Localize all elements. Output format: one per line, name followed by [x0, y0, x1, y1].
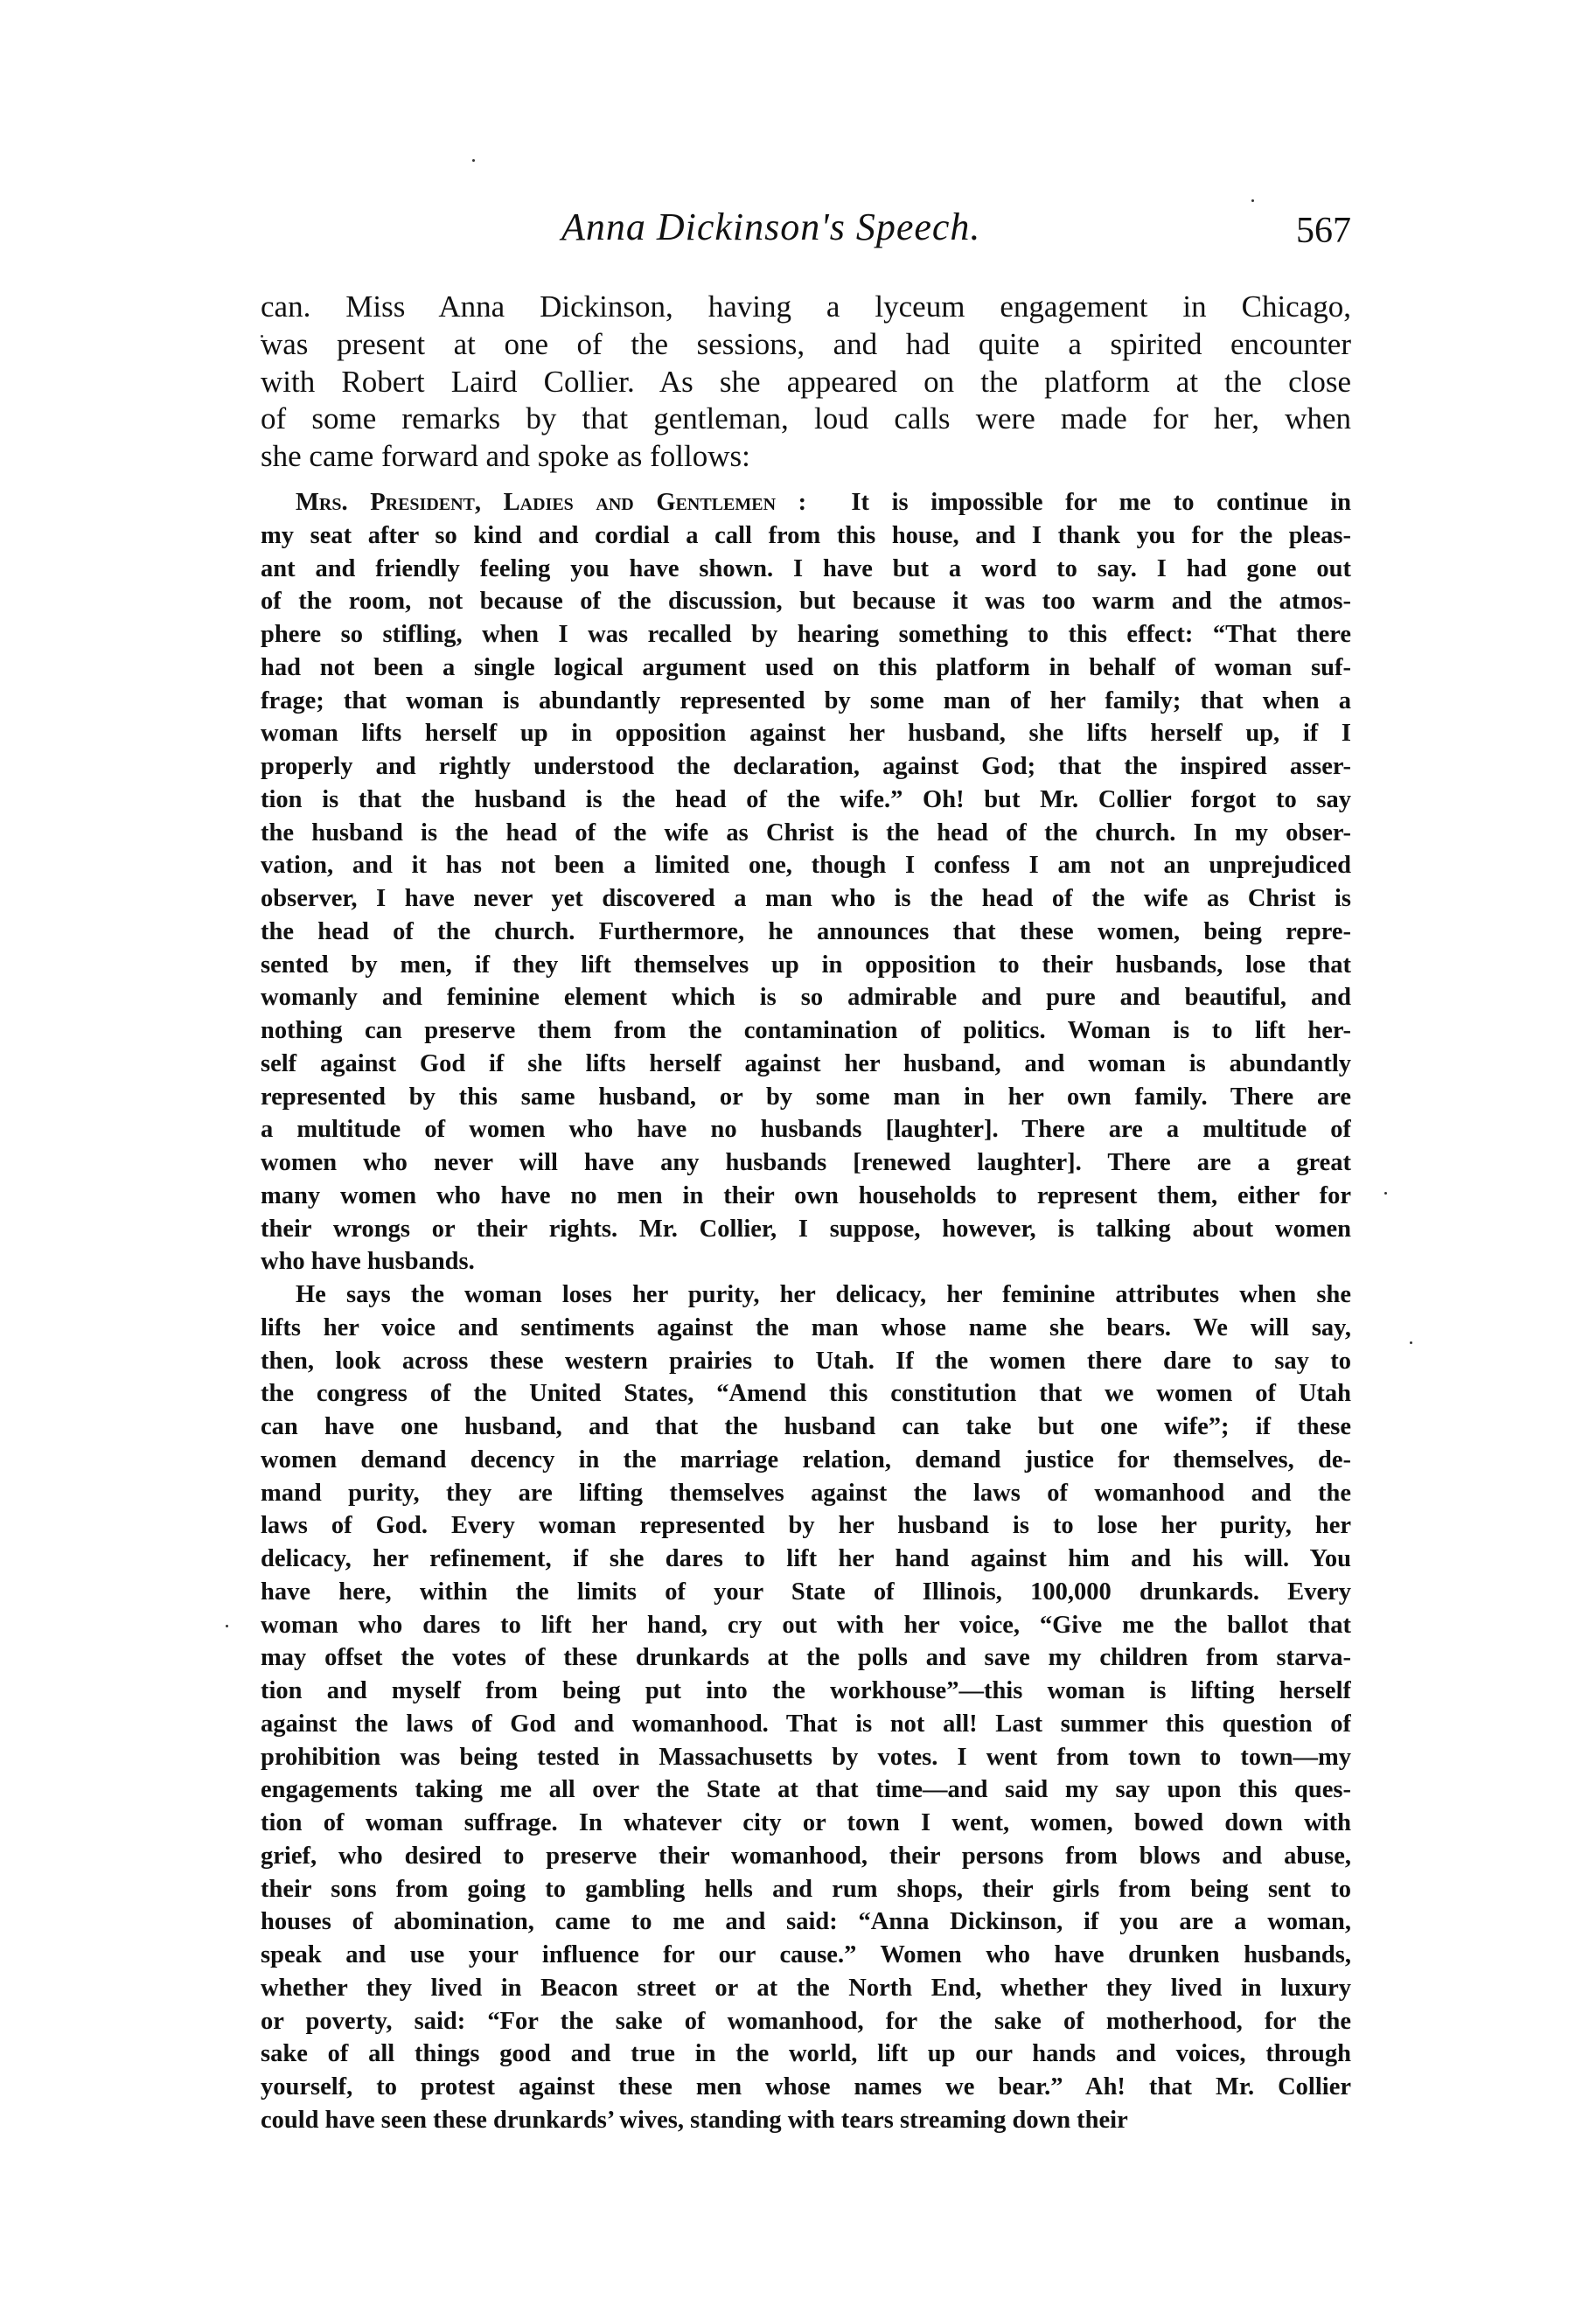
- text-line: laws of God. Every woman represented by …: [261, 1509, 1351, 1543]
- speech-text: Mrs. President, Ladies and Gentlemen : I…: [261, 486, 1351, 2137]
- text-line: against the laws of God and womanhood. T…: [261, 1708, 1351, 1741]
- text-line: women who never will have any husbands […: [261, 1146, 1351, 1180]
- text-line: houses of abomination, came to me and sa…: [261, 1905, 1351, 1939]
- text-line: the congress of the United States, “Amen…: [261, 1377, 1351, 1411]
- text-line: represented by this same husband, or by …: [261, 1081, 1351, 1114]
- text-line: my seat after so kind and cordial a call…: [261, 519, 1351, 553]
- print-speck: [1410, 1341, 1412, 1344]
- opening-text: It is impossible for me to continue in: [851, 489, 1351, 516]
- text-line: she came forward and spoke as follows:: [261, 438, 1351, 476]
- text-line: of the room, not because of the discussi…: [261, 585, 1351, 618]
- text-line: of some remarks by that gentleman, loud …: [261, 401, 1351, 438]
- text-line: sake of all things good and true in the …: [261, 2038, 1351, 2071]
- text-line: delicacy, her refinement, if she dares t…: [261, 1543, 1351, 1576]
- text-line: yourself, to protest against these men w…: [261, 2071, 1351, 2104]
- text-line: could have seen these drunkards’ wives, …: [261, 2104, 1351, 2137]
- running-title: Anna Dickinson's Speech.: [561, 203, 980, 252]
- text-line: He says the woman loses her purity, her …: [261, 1278, 1351, 1312]
- text-line: can have one husband, and that the husba…: [261, 1411, 1351, 1444]
- text-line: have here, within the limits of your Sta…: [261, 1576, 1351, 1609]
- text-line: mand purity, they are lifting themselves…: [261, 1477, 1351, 1510]
- text-line: who have husbands.: [261, 1245, 1351, 1278]
- text-line: can. Miss Anna Dickinson, having a lyceu…: [261, 289, 1351, 326]
- print-speck: [1251, 199, 1254, 202]
- text-line: tion of woman suffrage. In whatever city…: [261, 1807, 1351, 1840]
- book-page: Anna Dickinson's Speech. 567 can. Miss A…: [0, 0, 1596, 2299]
- text-line: the husband is the head of the wife as C…: [261, 817, 1351, 850]
- paragraph-2: He says the woman loses her purity, her …: [261, 1278, 1351, 2137]
- speech-opening-line: Mrs. President, Ladies and Gentlemen : I…: [261, 486, 1351, 519]
- text-line: was present at one of the sessions, and …: [261, 326, 1351, 364]
- text-line: their sons from going to gambling hells …: [261, 1873, 1351, 1906]
- text-line: prohibition was being tested in Massachu…: [261, 1741, 1351, 1774]
- print-speck: [261, 335, 263, 338]
- text-line: many women who have no men in their own …: [261, 1180, 1351, 1213]
- text-line: their wrongs or their rights. Mr. Collie…: [261, 1213, 1351, 1246]
- text-line: then, look across these western prairies…: [261, 1345, 1351, 1378]
- print-speck: [1384, 1192, 1387, 1195]
- text-line: women demand decency in the marriage rel…: [261, 1444, 1351, 1477]
- text-line: whether they lived in Beacon street or a…: [261, 1972, 1351, 2005]
- text-line: woman who dares to lift her hand, cry ou…: [261, 1609, 1351, 1642]
- text-line: woman lifts herself up in opposition aga…: [261, 717, 1351, 750]
- text-line: the head of the church. Furthermore, he …: [261, 916, 1351, 949]
- paragraph-1: my seat after so kind and cordial a call…: [261, 519, 1351, 1278]
- text-line: lifts her voice and sentiments against t…: [261, 1312, 1351, 1345]
- text-line: observer, I have never yet discovered a …: [261, 882, 1351, 916]
- text-line: ant and friendly feeling you have shown.…: [261, 553, 1351, 586]
- text-line: phere so stifling, when I was recalled b…: [261, 618, 1351, 651]
- text-line: a multitude of women who have no husband…: [261, 1113, 1351, 1146]
- text-line: self against God if she lifts herself ag…: [261, 1048, 1351, 1081]
- salutation: Mrs. President, Ladies and Gentlemen :: [296, 489, 806, 516]
- text-line: womanly and feminine element which is so…: [261, 981, 1351, 1014]
- page-number: 567: [1296, 206, 1351, 255]
- print-speck: [472, 159, 475, 162]
- text-line: or poverty, said: “For the sake of woman…: [261, 2005, 1351, 2038]
- text-line: vation, and it has not been a limited on…: [261, 849, 1351, 882]
- intro-paragraph: can. Miss Anna Dickinson, having a lyceu…: [261, 289, 1351, 476]
- text-line: tion and myself from being put into the …: [261, 1675, 1351, 1708]
- text-line: frage; that woman is abundantly represen…: [261, 685, 1351, 718]
- text-line: had not been a single logical argument u…: [261, 651, 1351, 685]
- text-line: sented by men, if they lift themselves u…: [261, 949, 1351, 982]
- text-line: speak and use your influence for our cau…: [261, 1939, 1351, 1972]
- print-speck: [226, 1625, 228, 1627]
- text-line: properly and rightly understood the decl…: [261, 750, 1351, 784]
- text-line: tion is that the husband is the head of …: [261, 784, 1351, 817]
- text-line: nothing can preserve them from the conta…: [261, 1014, 1351, 1048]
- text-line: grief, who desired to preserve their wom…: [261, 1840, 1351, 1873]
- text-line: with Robert Laird Collier. As she appear…: [261, 364, 1351, 401]
- running-head: Anna Dickinson's Speech. 567: [261, 203, 1351, 252]
- text-line: engagements taking me all over the State…: [261, 1773, 1351, 1807]
- text-line: may offset the votes of these drunkards …: [261, 1641, 1351, 1675]
